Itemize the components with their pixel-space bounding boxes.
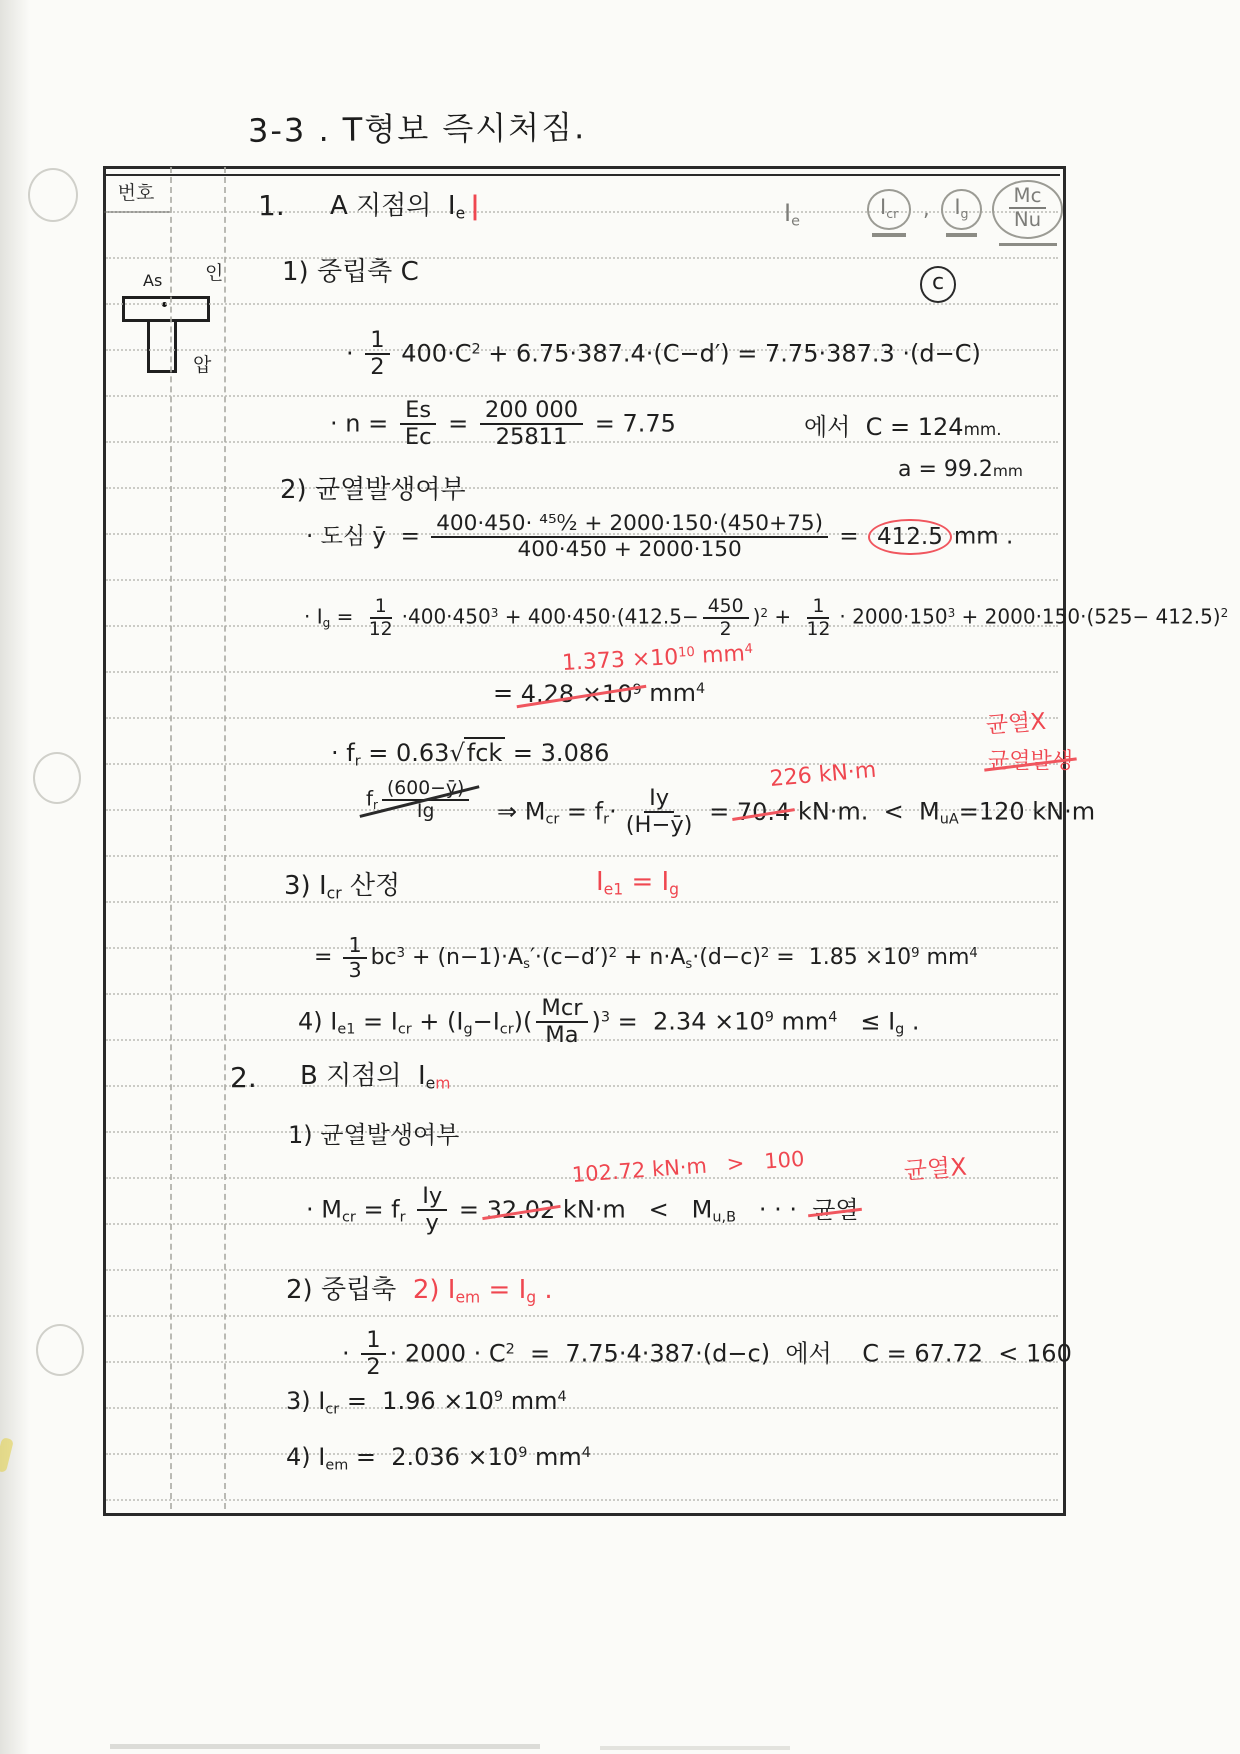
sub-1-neutral-axis: 1) 중립축 C xyxy=(282,256,419,289)
eq-fr: · fr = 0.63√fck = 3.086 xyxy=(331,738,609,770)
item-2-number: 2. xyxy=(230,1060,257,1095)
eq-Mcr-old-struck: fr(600−ȳ)Ig xyxy=(366,778,473,822)
margin-circled-terms: Icr , IgMcNu xyxy=(862,180,1068,239)
ruled-line xyxy=(106,1499,1058,1501)
sketch-label-tension: 인 xyxy=(205,258,223,285)
ruled-line xyxy=(106,1269,1058,1271)
ruled-line xyxy=(106,257,1058,259)
ruled-line xyxy=(106,303,1058,305)
scan-noise xyxy=(600,1746,790,1750)
note-c-result: 에서 C = 124mm. xyxy=(804,412,1002,442)
eq-Icr-B: 3) Icr = 1.96 ×109 mm4 xyxy=(286,1386,567,1418)
item-2-heading: B 지점의 Iem xyxy=(300,1060,450,1094)
eq-Ig: · Ig = 112·400·4503 + 400·450·(412.5−450… xyxy=(304,596,1228,640)
table-border-inner-line xyxy=(103,174,1060,176)
eq-Ig-result-struck: = 4.28 ×109 mm4 xyxy=(493,678,705,709)
eq-centroid: · 도심 ȳ = 400·450· ⁴⁵⁰⁄₂ + 2000·150·(450+… xyxy=(306,512,1013,562)
scan-edge-shadow xyxy=(0,0,30,1754)
item-4-IeA: 4) Ie1 = Icr + (Ig−Icr)(McrMa)3 = 2.34 ×… xyxy=(298,996,920,1049)
eq-Iem-B: 4) Iem = 2.036 ×109 mm4 xyxy=(286,1442,591,1474)
ruled-line xyxy=(106,487,1058,489)
scanned-notebook-page: 3-3 . T형보 즉시처짐. 번호 As 인 압 1.A 지점의 Ie|IeI… xyxy=(0,0,1240,1754)
ruled-line xyxy=(106,717,1058,719)
ruled-line xyxy=(106,1315,1058,1317)
column-line xyxy=(224,167,226,1509)
note-a-result: a = 99.2mm xyxy=(898,456,1023,484)
ruled-line xyxy=(106,395,1058,397)
punch-hole xyxy=(28,168,78,222)
note-Ie1-eq-Ig: Ie1 = Ig xyxy=(596,866,679,900)
sketch-label-compression: 압 xyxy=(193,350,211,377)
punch-hole xyxy=(36,1324,84,1376)
note-no-crack-B: 균열X xyxy=(903,1152,968,1186)
eq-neutral-axis-A: · 12 400·C2 + 6.75·387.4·(C−d′) = 7.75·3… xyxy=(346,328,981,381)
t-beam-web xyxy=(147,322,177,373)
item-1-heading: A 지점의 Ie| xyxy=(330,190,480,224)
ruled-line xyxy=(106,1131,1058,1133)
scan-noise xyxy=(110,1744,540,1749)
sub-2-crack-check: 2) 균열발생여부 xyxy=(280,474,466,507)
column-line xyxy=(170,167,172,1509)
sub-1-crack-check-B: 1) 균열발생여부 xyxy=(288,1120,459,1150)
eq-modular-ratio: · n = EsEc = 200 00025811 = 7.75 xyxy=(330,398,676,451)
page-title: 3-3 . T형보 즉시처짐. xyxy=(248,102,587,152)
table-header-number: 번호 xyxy=(104,178,168,205)
punch-hole xyxy=(33,752,81,804)
eq-Mcr-A: ⇒ Mcr = fr·Iy(H−ȳ) = 70.4 kN·m. < MuA=12… xyxy=(497,786,1095,839)
margin-Ie: Ie xyxy=(784,198,800,230)
eq-neutral-axis-B: · 12· 2000 · C2 = 7.75·4·387·(d−c) 에서 C … xyxy=(342,1328,1072,1381)
rebar-area-label: As xyxy=(143,271,162,290)
note-crack-struck: 균열발생 xyxy=(988,748,1073,776)
item-1-number: 1. xyxy=(258,188,285,223)
sub-3-Icr: 3) Icr 산정 xyxy=(284,870,400,904)
circled-c: c xyxy=(920,266,956,303)
eq-Icr-A: = 13bc3 + (n−1)·As′·(c−d′)2 + n·As·(d−c)… xyxy=(314,934,978,982)
ruled-line xyxy=(106,901,1058,903)
ruled-line xyxy=(106,579,1058,581)
sub-2-neutral-axis-B: 2) 중립축 2) Iem = Ig . xyxy=(286,1274,553,1308)
eq-Mcr-B: · Mcr = fr Iyy = 32.02 kN·m < Mu,B · · ·… xyxy=(306,1184,859,1237)
t-beam-flange xyxy=(122,296,210,322)
ruled-line xyxy=(106,1407,1058,1409)
ruled-line xyxy=(106,855,1058,857)
note-no-crack: 균열X xyxy=(985,708,1047,741)
